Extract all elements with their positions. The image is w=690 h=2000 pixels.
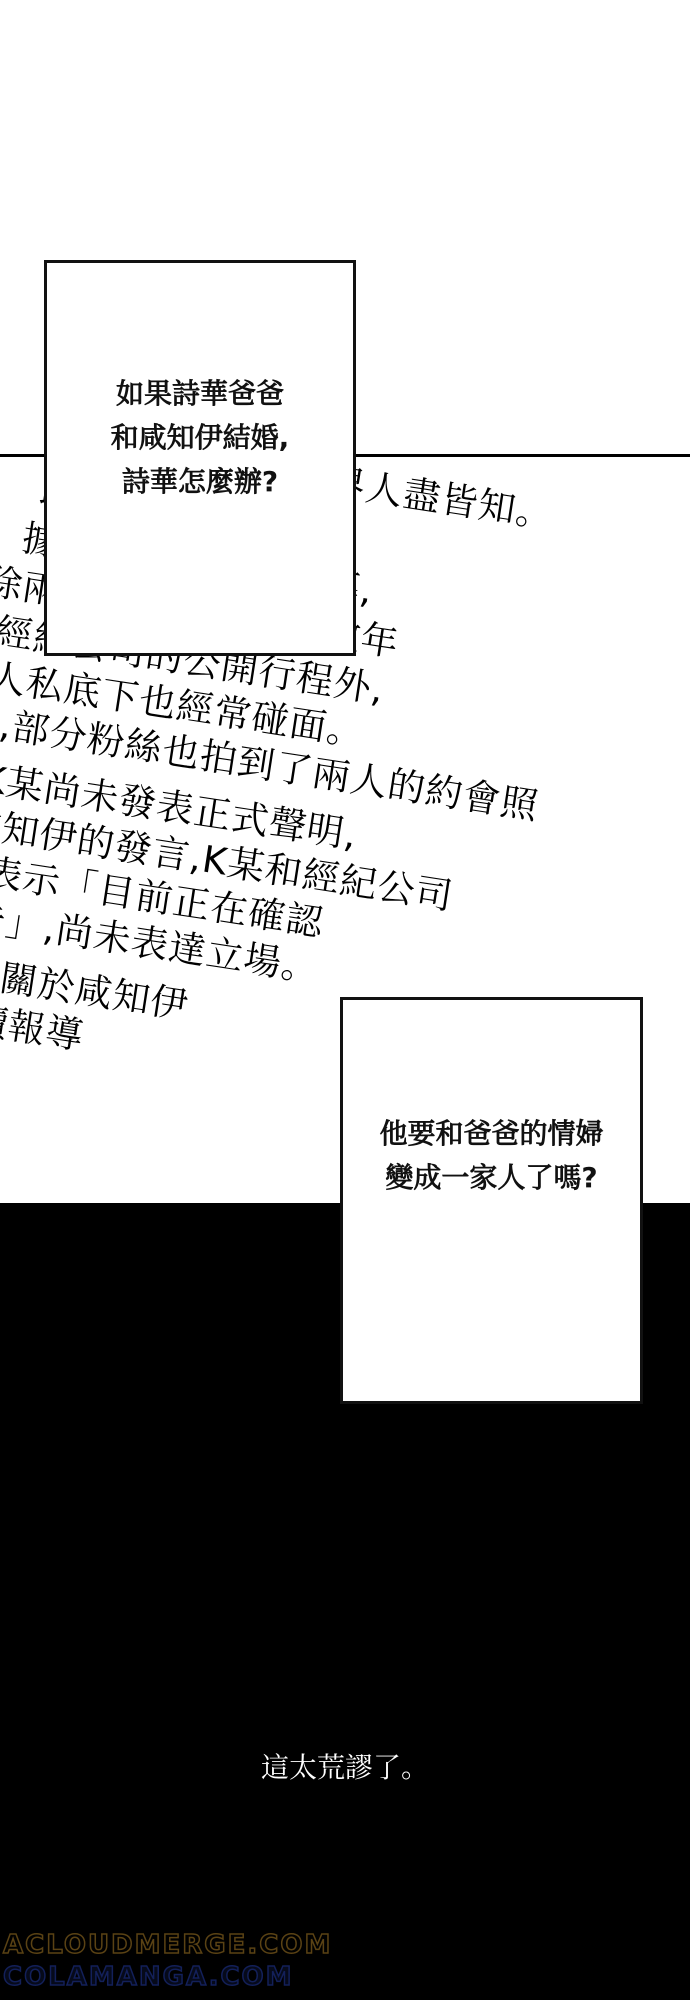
caption-line: 他要和爸爸的情婦 bbox=[379, 1112, 603, 1156]
narration-text: 這太荒謬了。 bbox=[0, 1750, 690, 1786]
caption-line: 變成一家人了嗎? bbox=[379, 1156, 603, 1200]
watermark-acloudmerge: ACLOUDMERGE.COM bbox=[3, 1930, 332, 1960]
caption-box-2: 他要和爸爸的情婦 變成一家人了嗎? bbox=[340, 997, 643, 1404]
watermark-colamanga: COLAMANGA.COM bbox=[3, 1962, 294, 1992]
caption-box-1: 如果詩華爸爸 和咸知伊結婚, 詩華怎麼辦? bbox=[44, 260, 356, 656]
caption-line: 詩華怎麼辦? bbox=[111, 460, 290, 504]
caption-line: 如果詩華爸爸 bbox=[111, 372, 290, 416]
caption-line: 和咸知伊結婚, bbox=[111, 416, 290, 460]
